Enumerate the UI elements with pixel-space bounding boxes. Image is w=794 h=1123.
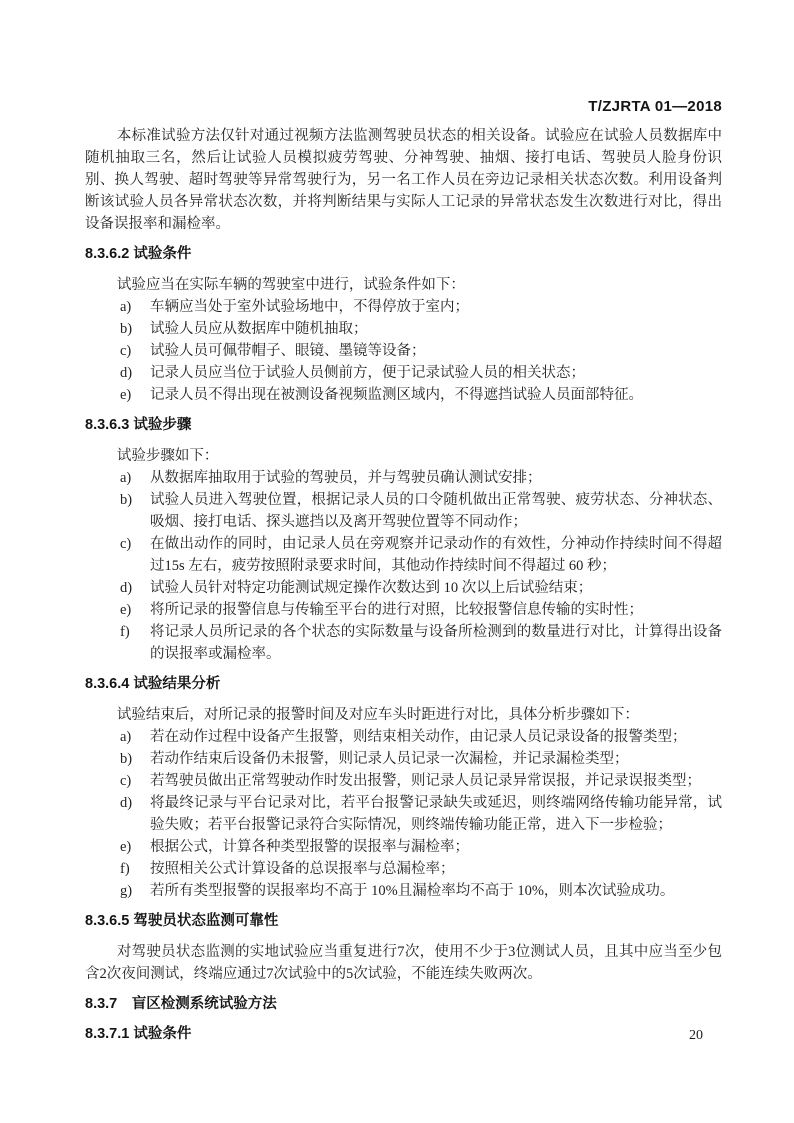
clause-text: 将记录人员所记录的各个状态的实际数量与设备所检测到的数量进行对比，计算得出设备的… — [150, 621, 722, 665]
section-heading-8-3-6-4: 8.3.6.4 试验结果分析 — [85, 674, 722, 695]
clause-text: 车辆应当处于室外试验场地中，不得停放于室内； — [150, 296, 722, 318]
clause-letter: d) — [120, 792, 150, 836]
list-item: a) 若在动作过程中设备产生报警，则结束相关动作，由记录人员记录设备的报警类型； — [120, 726, 722, 748]
clause-list-8-3-6-3: a) 从数据库抽取用于试验的驾驶员，并与驾驶员确认测试安排； b) 试验人员进入… — [85, 467, 722, 665]
section-lead-8-3-6-4: 试验结束后，对所记录的报警时间及对应车头时距进行对比，具体分析步骤如下： — [85, 704, 722, 726]
section-heading-8-3-7-1: 8.3.7.1 试验条件 — [85, 1024, 722, 1045]
list-item: b) 试验人员进入驾驶位置，根据记录人员的口令随机做出正常驾驶、疲劳状态、分神状… — [120, 489, 722, 533]
clause-letter: e) — [120, 384, 150, 406]
clause-letter: f) — [120, 621, 150, 665]
clause-text: 若驾驶员做出正常驾驶动作时发出报警，则记录人员记录异常误报，并记录误报类型； — [150, 770, 722, 792]
list-item: d) 记录人员应当位于试验人员侧前方，便于记录试验人员的相关状态； — [120, 362, 722, 384]
intro-paragraph: 本标准试验方法仅针对通过视频方法监测驾驶员状态的相关设备。试验应在试验人员数据库… — [85, 125, 722, 235]
clause-letter: c) — [120, 533, 150, 577]
clause-text: 将最终记录与平台记录对比，若平台报警记录缺失或延迟，则终端网络传输功能异常，试验… — [150, 792, 722, 836]
clause-letter: a) — [120, 726, 150, 748]
clause-letter: a) — [120, 296, 150, 318]
clause-text: 记录人员不得出现在被测设备视频监测区域内，不得遮挡试验人员面部特征。 — [150, 384, 722, 406]
section-heading-8-3-6-3: 8.3.6.3 试验步骤 — [85, 415, 722, 436]
clause-text: 若在动作过程中设备产生报警，则结束相关动作，由记录人员记录设备的报警类型； — [150, 726, 722, 748]
list-item: e) 根据公式，计算各种类型报警的误报率与漏检率； — [120, 836, 722, 858]
clause-letter: f) — [120, 858, 150, 880]
list-item: a) 车辆应当处于室外试验场地中，不得停放于室内； — [120, 296, 722, 318]
clause-letter: c) — [120, 340, 150, 362]
clause-letter: b) — [120, 318, 150, 340]
doc-number-header: T/ZJRTA 01—2018 — [85, 99, 722, 115]
section-heading-8-3-7: 8.3.7 盲区检测系统试验方法 — [85, 994, 722, 1015]
list-item: e) 记录人员不得出现在被测设备视频监测区域内，不得遮挡试验人员面部特征。 — [120, 384, 722, 406]
list-item: a) 从数据库抽取用于试验的驾驶员，并与驾驶员确认测试安排； — [120, 467, 722, 489]
clause-letter: b) — [120, 748, 150, 770]
clause-text: 根据公式，计算各种类型报警的误报率与漏检率； — [150, 836, 722, 858]
section-heading-8-3-6-2: 8.3.6.2 试验条件 — [85, 244, 722, 265]
clause-letter: a) — [120, 467, 150, 489]
list-item: f) 按照相关公式计算设备的总误报率与总漏检率； — [120, 858, 722, 880]
list-item: d) 试验人员针对特定功能测试规定操作次数达到 10 次以上后试验结束； — [120, 577, 722, 599]
clause-text: 按照相关公式计算设备的总误报率与总漏检率； — [150, 858, 722, 880]
clause-letter: d) — [120, 577, 150, 599]
clause-list-8-3-6-4: a) 若在动作过程中设备产生报警，则结束相关动作，由记录人员记录设备的报警类型；… — [85, 726, 722, 902]
list-item: b) 若动作结束后设备仍未报警，则记录人员记录一次漏检，并记录漏检类型； — [120, 748, 722, 770]
section-lead-8-3-6-3: 试验步骤如下： — [85, 445, 722, 467]
clause-text: 试验人员可佩带帽子、眼镜、墨镜等设备； — [150, 340, 722, 362]
clause-text: 试验人员针对特定功能测试规定操作次数达到 10 次以上后试验结束； — [150, 577, 722, 599]
list-item: g) 若所有类型报警的误报率均不高于 10%且漏检率均不高于 10%，则本次试验… — [120, 880, 722, 902]
clause-text: 试验人员进入驾驶位置，根据记录人员的口令随机做出正常驾驶、疲劳状态、分神状态、吸… — [150, 489, 722, 533]
section-lead-8-3-6-2: 试验应当在实际车辆的驾驶室中进行，试验条件如下： — [85, 274, 722, 296]
clause-letter: g) — [120, 880, 150, 902]
clause-letter: e) — [120, 599, 150, 621]
list-item: b) 试验人员应从数据库中随机抽取； — [120, 318, 722, 340]
clause-letter: b) — [120, 489, 150, 533]
clause-text: 在做出动作的同时，由记录人员在旁观察并记录动作的有效性，分神动作持续时间不得超过… — [150, 533, 722, 577]
clause-text: 试验人员应从数据库中随机抽取； — [150, 318, 722, 340]
list-item: d) 将最终记录与平台记录对比，若平台报警记录缺失或延迟，则终端网络传输功能异常… — [120, 792, 722, 836]
section-paragraph-8-3-6-5: 对驾驶员状态监测的实地试验应当重复进行7次，使用不少于3位测试人员，且其中应当至… — [85, 941, 722, 985]
section-heading-8-3-6-5: 8.3.6.5 驾驶员状态监测可靠性 — [85, 911, 722, 932]
list-item: c) 若驾驶员做出正常驾驶动作时发出报警，则记录人员记录异常误报，并记录误报类型… — [120, 770, 722, 792]
clause-letter: e) — [120, 836, 150, 858]
list-item: c) 在做出动作的同时，由记录人员在旁观察并记录动作的有效性，分神动作持续时间不… — [120, 533, 722, 577]
list-item: e) 将所记录的报警信息与传输至平台的进行对照，比较报警信息传输的实时性； — [120, 599, 722, 621]
clause-text: 若动作结束后设备仍未报警，则记录人员记录一次漏检，并记录漏检类型； — [150, 748, 722, 770]
clause-text: 从数据库抽取用于试验的驾驶员，并与驾驶员确认测试安排； — [150, 467, 722, 489]
page-number: 20 — [676, 1028, 716, 1044]
list-item: c) 试验人员可佩带帽子、眼镜、墨镜等设备； — [120, 340, 722, 362]
document-page: T/ZJRTA 01—2018 本标准试验方法仅针对通过视频方法监测驾驶员状态的… — [0, 0, 794, 1123]
clause-list-8-3-6-2: a) 车辆应当处于室外试验场地中，不得停放于室内； b) 试验人员应从数据库中随… — [85, 296, 722, 406]
page-content: T/ZJRTA 01—2018 本标准试验方法仅针对通过视频方法监测驾驶员状态的… — [85, 99, 722, 1054]
list-item: f) 将记录人员所记录的各个状态的实际数量与设备所检测到的数量进行对比，计算得出… — [120, 621, 722, 665]
clause-letter: c) — [120, 770, 150, 792]
clause-text: 将所记录的报警信息与传输至平台的进行对照，比较报警信息传输的实时性； — [150, 599, 722, 621]
clause-letter: d) — [120, 362, 150, 384]
clause-text: 记录人员应当位于试验人员侧前方，便于记录试验人员的相关状态； — [150, 362, 722, 384]
clause-text: 若所有类型报警的误报率均不高于 10%且漏检率均不高于 10%，则本次试验成功。 — [150, 880, 722, 902]
